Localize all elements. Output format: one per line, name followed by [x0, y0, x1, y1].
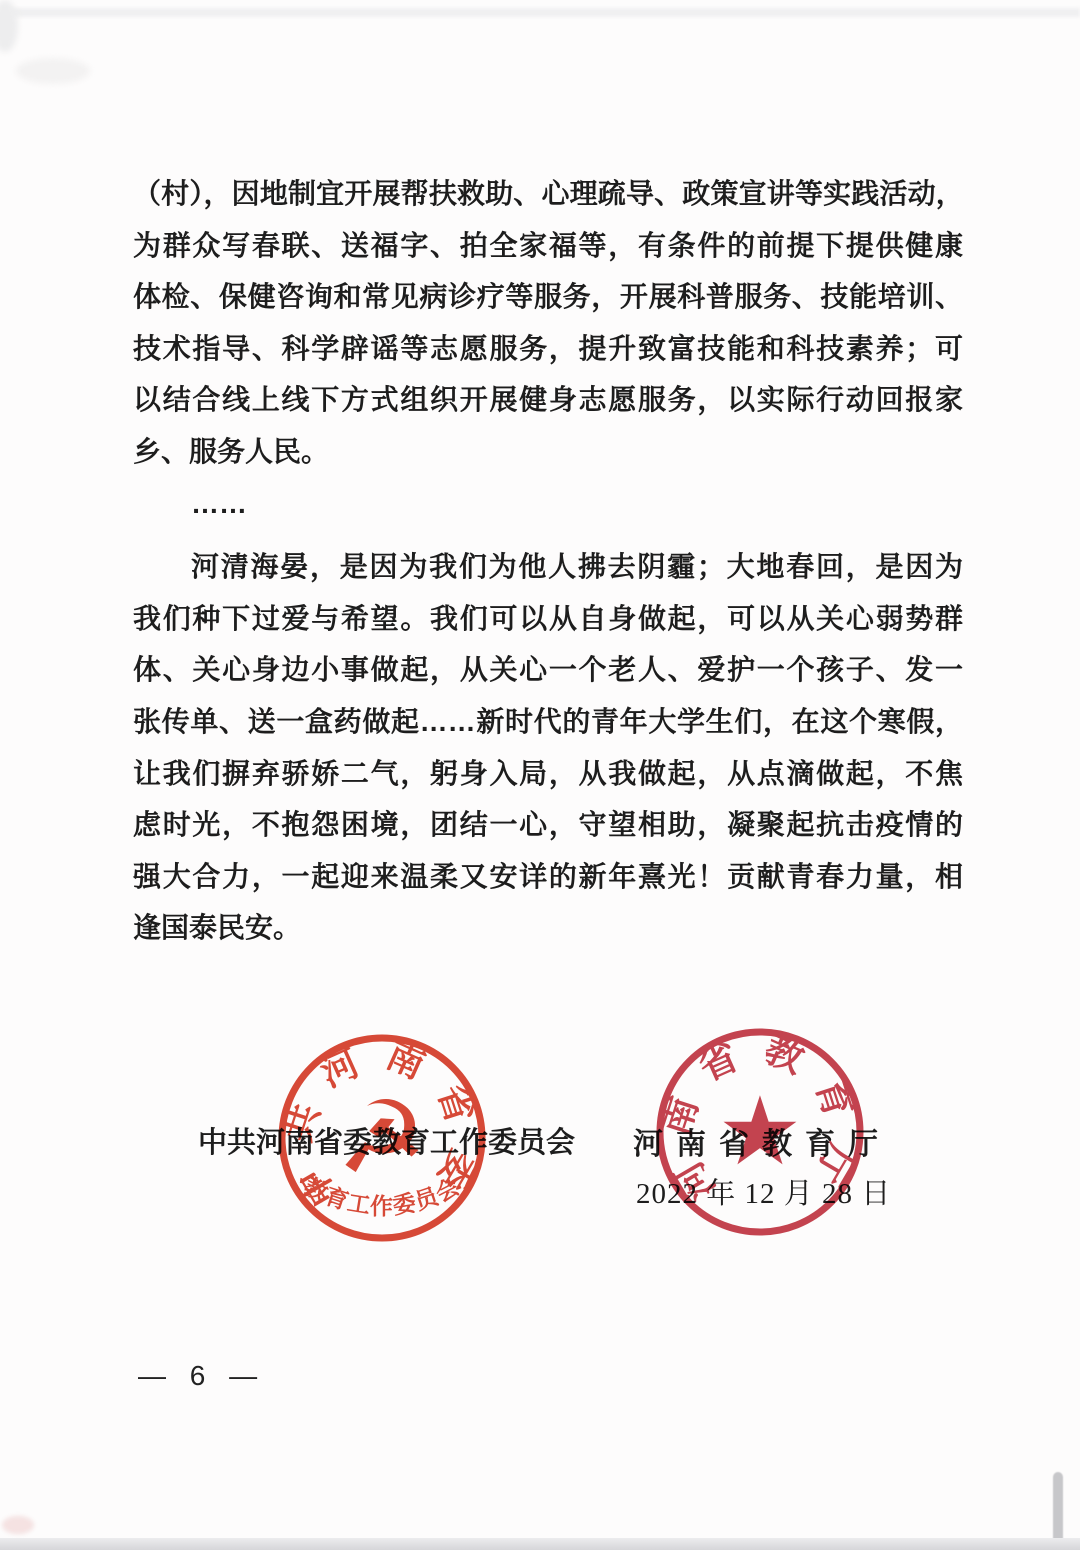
body-line: （村），因地制宜开展帮扶救助、心理疏导、政策宣讲等实践活动，: [133, 168, 963, 220]
scan-bottom-edge: [0, 1538, 1080, 1550]
scanned-document-page: （村），因地制宜开展帮扶救助、心理疏导、政策宣讲等实践活动， 为群众写春联、送福…: [0, 0, 1080, 1550]
body-line: 我们种下过爱与希望。我们可以从自身做起，可以从关心弱势群: [133, 593, 963, 645]
left-official-seal: 中共河南省委 ☭ 教育工作委员会: [272, 1028, 492, 1248]
body-line: 体、关心身边小事做起，从关心一个老人、爱护一个孩子、发一: [133, 644, 963, 696]
body-line: 为群众写春联、送福字、拍全家福等，有条件的前提下提供健康: [133, 220, 963, 272]
body-line: 让我们摒弃骄娇二气，躬身入局，从我做起，从点滴做起，不焦: [133, 748, 963, 800]
body-line: 逢国泰民安。: [133, 902, 963, 954]
scan-page-gap-band: [0, 8, 1080, 17]
right-official-seal: 河南省教育厅 ★: [650, 1022, 870, 1242]
body-line: 乡、服务人民。: [133, 426, 963, 478]
body-line: 强大合力，一起迎来温柔又安详的新年熹光！贡献青春力量，相: [133, 851, 963, 903]
body-line: 河清海晏，是因为我们为他人拂去阴霾；大地春回，是因为: [133, 541, 963, 593]
ellipsis-line: ……: [133, 478, 963, 530]
body-line: 虑时光，不抱怨困境，团结一心，守望相助，凝聚起抗击疫情的: [133, 799, 963, 851]
body-line: 技术指导、科学辟谣等志愿服务，提升致富技能和科技素养；可: [133, 323, 963, 375]
seal-star-icon: ★: [717, 1079, 802, 1185]
document-body: （村），因地制宜开展帮扶救助、心理疏导、政策宣讲等实践活动， 为群众写春联、送福…: [133, 168, 963, 954]
page-number: — 6 —: [138, 1360, 265, 1392]
seal-emblem-hammer-sickle-icon: ☭: [337, 1082, 427, 1194]
body-line: 张传单、送一盒药做起……新时代的青年大学生们，在这个寒假，: [133, 696, 963, 748]
body-line: 以结合线上线下方式组织开展健身志愿服务，以实际行动回报家: [133, 374, 963, 426]
body-line: 体检、保健咨询和常见病诊疗等服务，开展科普服务、技能培训、: [133, 271, 963, 323]
scan-artifact: [16, 58, 90, 84]
scan-page-edge: [1053, 1472, 1063, 1540]
scan-artifact: [2, 1516, 34, 1534]
